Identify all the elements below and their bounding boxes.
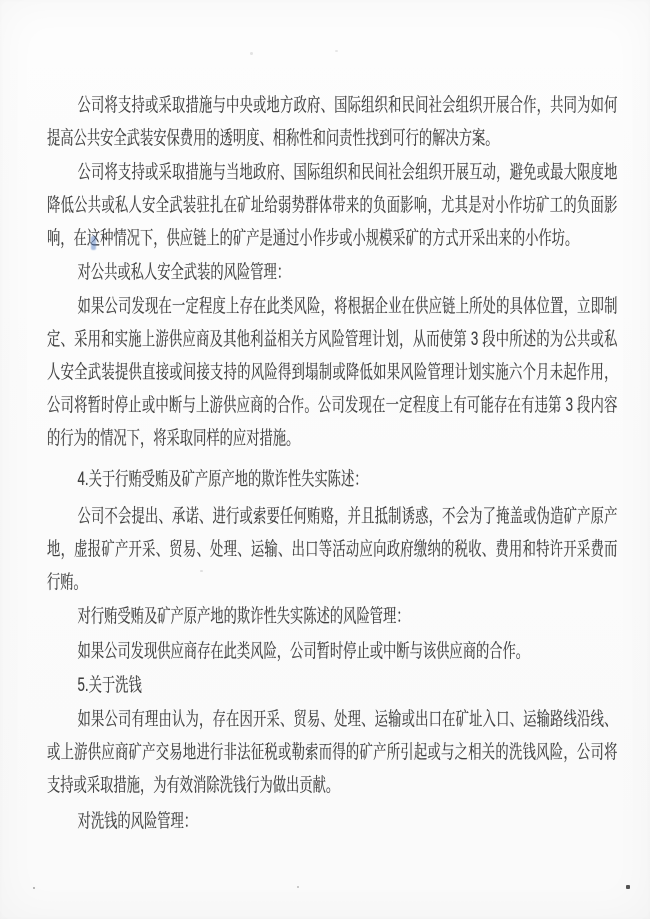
heading-money-laundering-section: 5.关于洗钱 [47, 669, 617, 702]
scan-speck [335, 50, 338, 52]
paragraph-laundering-risk-mgmt-label: 对洗钱的风险管理： [47, 805, 617, 838]
scan-speck [626, 885, 630, 889]
paragraph-bribery-risk-mgmt-label: 对行贿受贿及矿产原产地的欺诈性失实陈述的风险管理： [47, 600, 617, 633]
paragraph-money-laundering-statement: 如果公司有理由认为，存在因开采、贸易、处理、运输或出口在矿址入口、运输路线沿线、… [47, 703, 617, 802]
paragraph-security-cooperation: 公司将支持或采取措施与中央或地方政府、国际组织和民间社会组织开展合作，共同为如何… [47, 89, 617, 155]
document-page: 公司将支持或采取措施与中央或地方政府、国际组织和民间社会组织开展合作，共同为如何… [0, 0, 650, 919]
scan-speck [250, 52, 253, 55]
scan-speck [33, 887, 35, 889]
scan-speck [297, 886, 299, 888]
document-text-block: 公司将支持或采取措施与中央或地方政府、国际组织和民间社会组织开展合作，共同为如何… [47, 89, 617, 838]
paragraph-supplier-response: 如果公司发现供应商存在此类风险，公司暂时停止或中断与该供应商的合作。 [47, 635, 617, 668]
paragraph-security-risk-response: 如果公司发现在一定程度上存在此类风险，将根据企业在供应链上所处的具体位置，立即制… [47, 290, 617, 455]
paragraph-bribery-statement: 公司不会提出、承诺、进行或索要任何贿赂，并且抵制诱惑，不会为了掩盖或伪造矿产原产… [47, 500, 617, 599]
paragraph-security-risk-mgmt-label: 对公共或私人安全武装的风险管理： [47, 256, 617, 289]
paragraph-local-engagement: 公司将支持或采取措施与当地政府、国际组织和民间社会组织开展互动，避免或最大限度地… [47, 156, 617, 255]
heading-bribery-section: 4.关于行贿受贿及矿产原产地的欺诈性失实陈述： [47, 463, 617, 496]
